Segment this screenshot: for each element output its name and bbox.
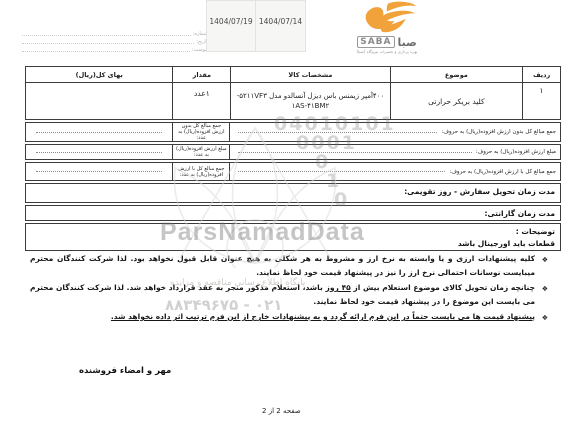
total-without-vat-words: جمع مبالغ کل بدون ارزش افزوده(ریال) به ح… (230, 123, 560, 141)
item-spec-line1: ۴۰۰آمپر زیمنس باس دیزل آنسالدو مدل ۵۲۱۱V… (237, 91, 384, 101)
total-without-vat-digits-label: جمع مبالغ کل بدون ارزش افزوده(ریال) به ع… (172, 123, 230, 141)
total-with-vat-digits-zone (26, 163, 172, 180)
item-total-price-field[interactable] (26, 83, 172, 119)
ref-number-field[interactable] (22, 35, 191, 36)
item-specs: ۴۰۰آمپر زیمنس باس دیزل آنسالدو مدل ۵۲۱۱V… (230, 83, 389, 119)
table-header-row: ردیف موضوع مشخصات کالا مقدار بهای کل(ریا… (26, 67, 560, 83)
term-item-form-only: ❖پیشنهاد قیمت ها می بایست حتماً در این ف… (30, 310, 548, 324)
sum-row-total-with-vat: جمع مبالغ کل با ارزش افزوده(ریال) به حرو… (25, 162, 561, 181)
logo-text-en: SABA (357, 36, 394, 48)
diamond-bullet-icon: ❖ (542, 253, 548, 267)
vat-words-field[interactable] (238, 152, 471, 153)
vat-digits-field[interactable] (36, 152, 162, 153)
ref-date-field[interactable] (22, 43, 194, 44)
notes-label: توضیحات : (516, 227, 555, 236)
notes-value: قطعات باید اورجینال باشد (458, 239, 555, 248)
vat-digits-zone (26, 145, 172, 159)
date-stamp-2: 1404/07/14 (256, 0, 306, 52)
logo-wordmark: SABA صبا (341, 36, 433, 48)
total-without-vat-words-label: جمع مبالغ کل بدون ارزش افزوده(ریال) به ح… (441, 129, 556, 135)
logo-text-fa: صبا (398, 37, 417, 48)
document-page: شماره: تاریخ: پیوست: 1404/07/19 1404/07/… (0, 0, 576, 438)
ref-row-number: شماره: (22, 30, 208, 38)
total-without-vat-digits-zone (26, 123, 172, 141)
delivery-time-label: مدت زمان تحویل سفارش - روز تقویمی: (404, 187, 555, 196)
term-item-delivery: ❖چنانچه زمان تحویل کالای موضوع استعلام ب… (30, 281, 548, 309)
term-1-text: کلیه پیشنهادات ارزی و یا وابسته به نرخ ا… (30, 254, 535, 277)
terms-list: ❖کلیه پیشنهادات ارزی و یا وابسته به نرخ … (30, 252, 548, 325)
col-header-row: ردیف (522, 67, 560, 82)
date-stamps: 1404/07/19 1404/07/14 (206, 0, 306, 52)
sum-row-vat: مبلغ ارزش افزوده(ریال) به حروف: مبلغ ارز… (25, 144, 561, 160)
company-logo: SABA صبا بهره برداری و تعمیرات نیروگاه (… (341, 1, 433, 54)
logo-tagline: بهره برداری و تعمیرات نیروگاه (صبا) (341, 49, 433, 54)
reference-fields: شماره: تاریخ: پیوست: (22, 30, 208, 54)
inquiry-form: ردیف موضوع مشخصات کالا مقدار بهای کل(ریا… (25, 66, 561, 251)
diamond-bullet-icon: ❖ (542, 282, 548, 296)
warranty-label: مدت زمان گارانتی: (485, 209, 555, 218)
date-stamp-1: 1404/07/19 (206, 0, 256, 52)
saba-swoosh-icon (356, 1, 418, 38)
table-row: ۱ کلید بریکر حرارتی ۴۰۰آمپر زیمنس باس دی… (26, 83, 560, 119)
delivery-time-row: مدت زمان تحویل سفارش - روز تقویمی: (25, 183, 561, 203)
term-3-underlined: پیشنهاد قیمت ها می بایست حتماً در این فر… (111, 312, 535, 321)
items-table: ردیف موضوع مشخصات کالا مقدار بهای کل(ریا… (25, 66, 561, 120)
ref-row-attachment: پیوست: (22, 46, 208, 54)
total-with-vat-words-label: جمع مبالغ کل با ارزش افزوده(ریال) به حرو… (449, 169, 556, 175)
diamond-bullet-icon: ❖ (542, 311, 548, 325)
total-with-vat-digits-field[interactable] (36, 171, 162, 172)
item-row-number: ۱ (522, 83, 560, 119)
page-number: صفحه 2 از 2 (262, 407, 301, 415)
vat-digits-label: مبلغ ارزش افزوده(ریال) به عدد: (172, 145, 230, 159)
item-qty: ۱عدد (172, 83, 230, 119)
vat-words-label: مبلغ ارزش افزوده(ریال) به حروف: (476, 149, 556, 155)
item-subject: کلید بریکر حرارتی (390, 83, 523, 119)
col-header-total-price: بهای کل(ریال) (26, 67, 172, 82)
seller-signature-label: مهر و امضاء فروشنده (79, 366, 171, 376)
term-2-underlined: ۴۵ روز (326, 283, 351, 292)
vat-words: مبلغ ارزش افزوده(ریال) به حروف: (230, 145, 560, 159)
item-spec-line2: ۱AS-۴۱BM۲ (292, 101, 330, 111)
col-header-specs: مشخصات کالا (230, 67, 389, 82)
total-with-vat-words-field[interactable] (238, 171, 445, 172)
warranty-row: مدت زمان گارانتی: (25, 205, 561, 221)
total-with-vat-digits-label: جمع مبالغ کل با ارزش افزوده(ریال) به عدد… (172, 163, 230, 180)
ref-row-date: تاریخ: (22, 38, 208, 46)
notes-row: توضیحات : قطعات باید اورجینال باشد (25, 223, 561, 251)
term-item-currency: ❖کلیه پیشنهادات ارزی و یا وابسته به نرخ … (30, 252, 548, 280)
total-without-vat-digits-field[interactable] (36, 132, 162, 133)
col-header-qty: مقدار (172, 67, 230, 82)
sum-row-total-without-vat: جمع مبالغ کل بدون ارزش افزوده(ریال) به ح… (25, 122, 561, 142)
term-2-text-before: چنانچه زمان تحویل کالای موضوع استعلام بی… (351, 283, 535, 292)
total-without-vat-words-field[interactable] (238, 132, 437, 133)
col-header-subject: موضوع (390, 67, 523, 82)
ref-attachment-field[interactable] (22, 51, 190, 52)
total-with-vat-words: جمع مبالغ کل با ارزش افزوده(ریال) به حرو… (230, 163, 560, 180)
